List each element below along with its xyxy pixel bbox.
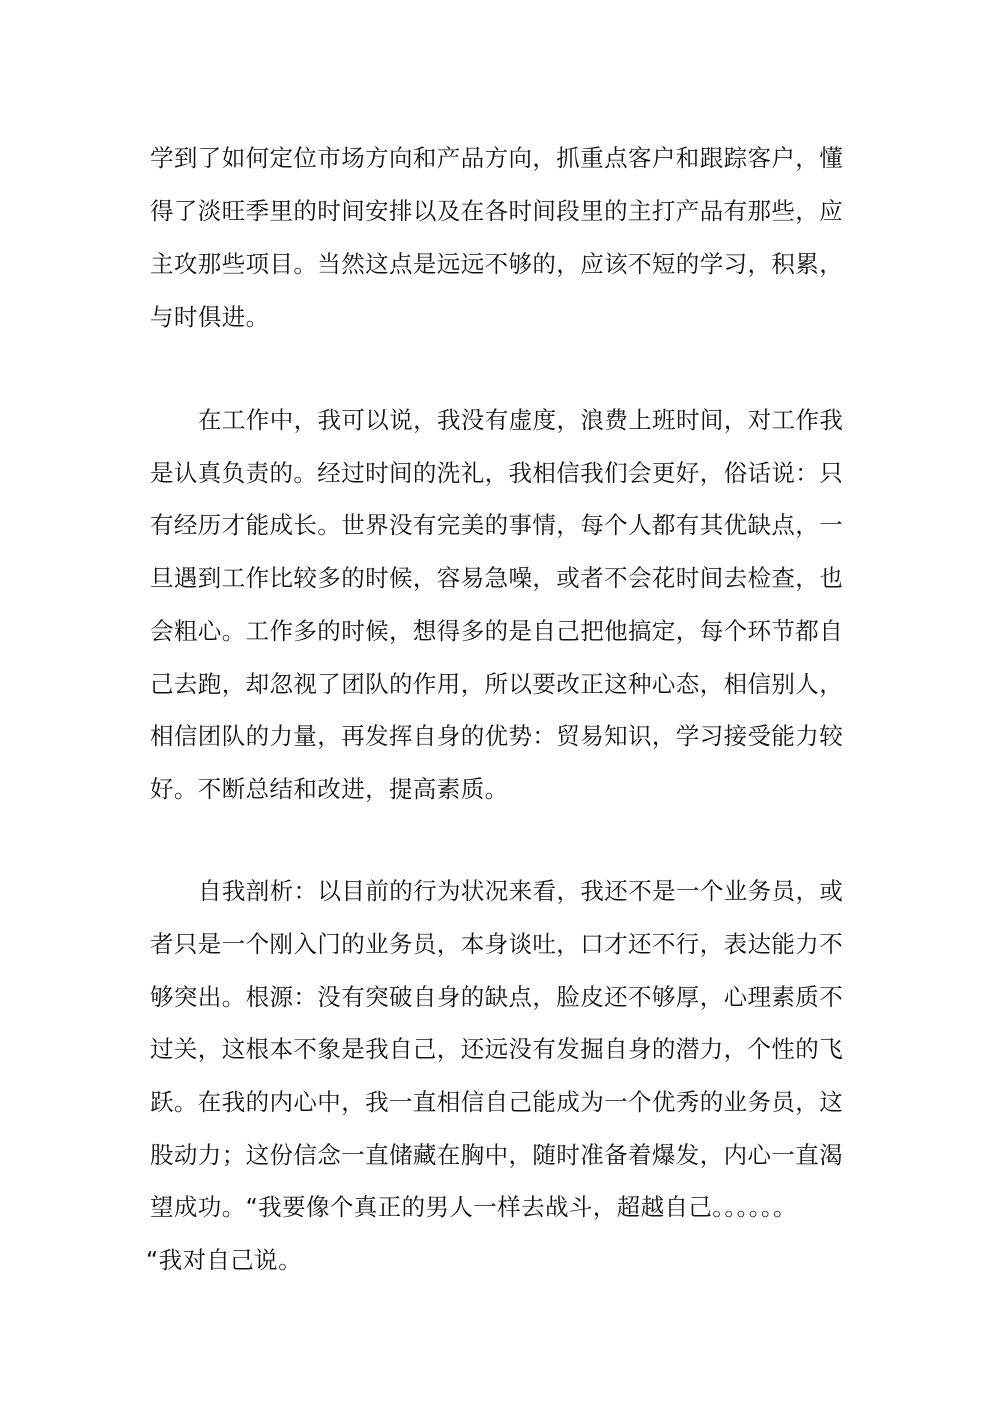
text-line: 者只是一个刚入门的业务员，本身谈吐，口才还不行，表达能力不 (150, 929, 850, 959)
text-line: 是认真负责的。经过时间的洗礼，我相信我们会更好，俗话说：只 (150, 458, 850, 488)
text-line: 够突出。根源：没有突破自身的缺点，脸皮还不够厚，心理素质不 (150, 982, 850, 1012)
text-line: 在工作中，我可以说，我没有虚度，浪费上班时间，对工作我 (198, 405, 898, 435)
text-line: 好。不断总结和改进，提高素质。 (150, 774, 850, 804)
text-line: 旦遇到工作比较多的时候，容易急噪，或者不会花时间去检查，也 (150, 563, 850, 593)
text-line: 股动力；这份信念一直储藏在胸中，随时准备着爆发，内心一直渴 (150, 1140, 850, 1170)
text-line: 己去跑，却忽视了团队的作用，所以要改正这种心态，相信别人， (150, 669, 850, 699)
text-line: 有经历才能成长。世界没有完美的事情，每个人都有其优缺点，一 (150, 510, 850, 540)
text-line: 跃。在我的内心中，我一直相信自己能成为一个优秀的业务员，这 (150, 1087, 850, 1117)
text-line: 自我剖析：以目前的行为状况来看，我还不是一个业务员，或 (198, 876, 898, 906)
text-line: 与时俱进。 (150, 302, 850, 332)
text-line: 望成功。“我要像个真正的男人一样去战斗，超越自己。。。。。。 (150, 1192, 850, 1222)
text-line: 相信团队的力量，再发挥自身的优势：贸易知识，学习接受能力较 (150, 721, 850, 751)
text-line: 得了淡旺季里的时间安排以及在各时间段里的主打产品有那些，应 (150, 196, 850, 226)
text-line: “我对自己说。 (146, 1245, 846, 1275)
document-page: 学到了如何定位市场方向和产品方向，抓重点客户和跟踪客户，懂 得了淡旺季里的时间安… (0, 0, 1000, 1415)
text-line: 主攻那些项目。当然这点是远远不够的，应该不短的学习，积累， (150, 249, 850, 279)
text-line: 学到了如何定位市场方向和产品方向，抓重点客户和跟踪客户，懂 (150, 143, 850, 173)
text-line: 过关，这根本不象是我自己，还远没有发掘自身的潜力，个性的飞 (150, 1034, 850, 1064)
text-line: 会粗心。工作多的时候，想得多的是自己把他搞定，每个环节都自 (150, 616, 850, 646)
